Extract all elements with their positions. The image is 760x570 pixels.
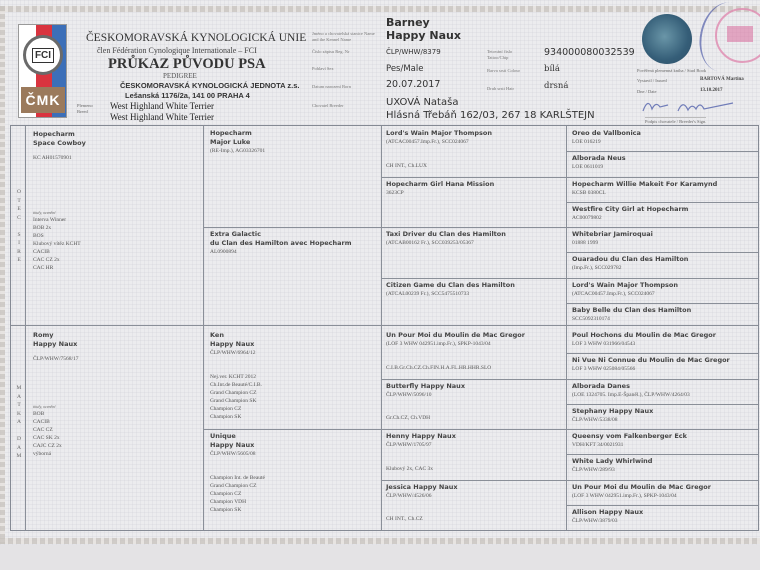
reg-number: ČLP/WHW/8379: [386, 48, 441, 56]
grandparent-cell: HopecharmMajor Luke(RE-Imp.), AG03326701: [210, 129, 378, 155]
sire-reg: KC AH01570901: [33, 154, 198, 162]
title-item: Nej.ver. KCHT 2012: [210, 373, 378, 381]
row-divider: [566, 202, 758, 203]
ggg-name: Alborada Danes: [572, 382, 756, 391]
great-great-grandparent-cell: Queensy vom Falkenberger EckVDH/KFT 34/0…: [572, 432, 756, 449]
title-item: CACIB: [33, 248, 198, 256]
title-item: Champion CZ: [210, 490, 378, 498]
title-item: Champion VDH: [210, 498, 378, 506]
name-label: Jméno a chovatelská stanice Name and the…: [312, 31, 382, 42]
side-letter: [13, 222, 25, 231]
title-item: BOB 2x: [33, 224, 198, 232]
side-letter: A: [13, 444, 25, 453]
great-grandparent-titles: Klubový 2x, CAC 3x: [386, 465, 433, 473]
organization-name: ČESKOMORAVSKÁ KYNOLOGICKÁ UNIE: [86, 32, 306, 44]
scan-margin: [0, 545, 760, 570]
great-grandparent-name: Henny Happy Naux: [386, 432, 564, 441]
ggg-name: Stephany Happy Naux: [572, 407, 756, 416]
sex-label: Pohlaví Sex: [312, 66, 382, 72]
great-grandparent-cell: Citizen Game du Clan des Hamilton(ATCAL0…: [386, 281, 564, 328]
ggg-name: Un Pour Moi du Moulin de Mac Gregor: [572, 483, 756, 492]
document-subtitle: PEDIGREE: [163, 72, 197, 80]
date-label: Dne / Date: [637, 89, 657, 94]
ggg-reg: ČLP/WHW/3879/03: [572, 517, 756, 525]
great-grandparent-titles: C.I.B.Gr.Ch.CZ.Ch.FIN.H.A.FL.HR.HHR.SLO: [386, 364, 491, 372]
fci-membership: člen Fédération Cynologique Internationa…: [97, 46, 257, 55]
great-great-grandparent-cell: White Lady WhirlwindČLP/WHW/289/93: [572, 457, 756, 474]
row-divider: [566, 227, 758, 228]
great-grandparent-reg: ČLP/WHW/5096/10: [386, 391, 564, 399]
title-item: CAC HR: [33, 264, 198, 272]
hair-value: drsná: [544, 81, 568, 91]
great-great-grandparent-cell: Alborada Danes(LOE 1324705. Imp.E-Španěl…: [572, 382, 756, 399]
chip-value: 934000080032539: [544, 47, 635, 58]
great-great-grandparent-cell: Allison Happy NauxČLP/WHW/3879/03: [572, 508, 756, 525]
great-grandparent-cell: Butterfly Happy NauxČLP/WHW/5096/10Gr.Ch…: [386, 382, 564, 429]
ggg-name: Hopecharm Willie Makeit For Karamynd: [572, 180, 756, 189]
side-letter: D: [13, 435, 25, 444]
hair-label: Druh srsti Hair: [487, 86, 527, 92]
ggg-name: Poul Hochons du Moulin de Mac Gregor: [572, 331, 756, 340]
title-item: CACIB: [33, 418, 198, 426]
ggg-reg: (LOE 1324705. Imp.E-Španěl.), ČLP/WHW/42…: [572, 391, 756, 399]
great-grandparent-name: Un Pour Moi du Moulin de Mac Gregor: [386, 331, 564, 340]
grandparent-reg: (RE-Imp.), AG03326701: [210, 147, 378, 155]
grandparent-titles: Champion Int. de BeautéGrand Champion CZ…: [210, 474, 378, 514]
ggg-name: Oreo de Vallbonica: [572, 129, 756, 138]
ggg-reg: AC00079802: [572, 214, 756, 222]
document-title: PRŮKAZ PŮVODU PSA: [108, 56, 266, 73]
great-grandparent-name: Lord's Wain Major Thompson: [386, 129, 564, 138]
dam-titles: BOBCACIBCAC CZCAC SK 2xCAJC CZ 2xvýborná: [33, 410, 198, 458]
sire-cell: Hopecharm Space Cowboy KC AH01570901 tit…: [33, 130, 198, 272]
club-address: Lešanská 1176/2a, 141 00 PRAHA 4: [125, 91, 250, 100]
side-letter: T: [13, 197, 25, 206]
title-item: BOS: [33, 232, 198, 240]
great-grandparent-name: Hopecharm Girl Hana Mission: [386, 180, 564, 189]
side-letter: K: [13, 410, 25, 419]
ggg-reg: (LOF 3 WHW 042951.imp.Fr.), SPKP-1043/04: [572, 492, 756, 500]
sire-titles: Interva WinnerBOB 2xBOSKlubový vítěz KCH…: [33, 216, 198, 272]
ggg-reg: ČLP/WHW/289/93: [572, 466, 756, 474]
row-divider: [566, 252, 758, 253]
ggg-name: White Lady Whirlwind: [572, 457, 756, 466]
sire-name-line2: Space Cowboy: [33, 139, 198, 148]
issued-by: BARTOVÁ Martina: [700, 77, 744, 82]
side-letter: I: [13, 239, 25, 248]
title-item: Ch.Int.de Beauté/C.I.B.: [210, 381, 378, 389]
side-letter: T: [13, 401, 25, 410]
dam-name-line2: Happy Naux: [33, 340, 198, 349]
grandparent-name-line2: du Clan des Hamilton avec Hopecharm: [210, 239, 378, 248]
ggg-name: Whitebriar Jamiroquai: [572, 230, 756, 239]
stud-book-label: Pověřená plemenná kniha / Stud Book: [637, 68, 706, 73]
sire-titles-heading: tituly, ocenění: [33, 209, 198, 216]
great-grandparent-titles: CH INT., Ch.CZ: [386, 515, 423, 523]
row-divider: [203, 227, 381, 228]
title-item: CAC SK 2x: [33, 434, 198, 442]
sire-side-label: OTEC SIRE: [13, 188, 25, 265]
ggg-name: Baby Belle du Clan des Hamilton: [572, 306, 756, 315]
great-great-grandparent-cell: Ouaradou du Clan des Hamilton(Imp.Fr.), …: [572, 255, 756, 272]
ggg-reg: ČLP/WHW/5338/08: [572, 416, 756, 424]
row-divider: [566, 353, 758, 354]
great-grandparent-reg: (ATCAL00239 Fr.), SCC5475510733: [386, 290, 564, 298]
great-grandparent-titles: Gr.Ch.CZ, Ch.VDH: [386, 414, 430, 422]
dam-reg: ČLP/WHW/7568/17: [33, 355, 198, 363]
great-grandparent-reg: ČLP/WHW/1705/97: [386, 441, 564, 449]
title-item: Grand Champion CZ: [210, 482, 378, 490]
title-item: výborná: [33, 450, 198, 458]
grandparent-name-line1: Extra Galactic: [210, 230, 378, 239]
fci-emblem-icon: FCI: [23, 35, 63, 75]
chip-label: Tetování čislo Tattoo/Chip: [487, 49, 527, 60]
great-great-grandparent-cell: Poul Hochons du Moulin de Mac GregorLOF …: [572, 331, 756, 348]
grandparent-reg: ČLP/WHW/5605/08: [210, 450, 378, 458]
side-letter: E: [13, 256, 25, 265]
title-item: Champion Int. de Beauté: [210, 474, 378, 482]
side-letter: C: [13, 214, 25, 223]
great-great-grandparent-cell: Alborada NeusLOE 0611019: [572, 154, 756, 171]
breeder-signature-icon: [638, 95, 738, 115]
row-divider: [566, 278, 758, 279]
ggg-name: Lord's Wain Major Thompson: [572, 281, 756, 290]
great-grandparent-cell: Taxi Driver du Clan des Hamilton(ATCAB00…: [386, 230, 564, 277]
colour-value: bílá: [544, 64, 560, 74]
great-grandparent-cell: Hopecharm Girl Hana Mission3623CP: [386, 180, 564, 227]
great-grandparent-name: Citizen Game du Clan des Hamilton: [386, 281, 564, 290]
row-divider: [566, 379, 758, 380]
great-grandparent-reg: (ATCAC00457.Imp.Fr.), SCC024067: [386, 138, 564, 146]
title-item: Grand Champion CZ: [210, 389, 378, 397]
row-divider: [381, 177, 566, 178]
colour-label: Barva srsti Colour: [487, 68, 527, 74]
great-great-grandparent-cell: Oreo de VallbonicaLOE 016219: [572, 129, 756, 146]
grandparent-titles: Nej.ver. KCHT 2012Ch.Int.de Beauté/C.I.B…: [210, 373, 378, 421]
decorative-border-top: [0, 6, 760, 12]
great-great-grandparent-cell: Ni Vue Ni Connue du Moulin de Mac Gregor…: [572, 356, 756, 373]
row-divider: [566, 454, 758, 455]
sex-value: Pes/Male: [386, 64, 423, 74]
ggg-reg: VDH/KFT 34/0021931: [572, 441, 756, 449]
side-letter: M: [13, 452, 25, 461]
row-divider: [566, 303, 758, 304]
title-item: CAJC CZ 2x: [33, 442, 198, 450]
title-item: Klubový vítěz KCHT: [33, 240, 198, 248]
ggg-name: Alborada Neus: [572, 154, 756, 163]
side-letter: R: [13, 248, 25, 257]
great-grandparent-name: Butterfly Happy Naux: [386, 382, 564, 391]
side-letter: S: [13, 231, 25, 240]
grandparent-reg: AL0900894: [210, 248, 378, 256]
breeder-address: Hlásná Třebáň 162/03, 267 18 KARLŠTEJN: [386, 110, 595, 121]
born-value: 20.07.2017: [386, 79, 440, 90]
signature-caption: Podpis chovatele / Breeder's Sign.: [645, 117, 706, 124]
side-letter: A: [13, 418, 25, 427]
ggg-reg: LOE 0611019: [572, 163, 756, 171]
grandparent-name-line1: Hopecharm: [210, 129, 378, 138]
breed-label: Plemeno Breed: [77, 103, 99, 115]
ggg-name: Ouaradou du Clan des Hamilton: [572, 255, 756, 264]
dam-titles-heading: tituly, ocenění: [33, 403, 198, 410]
title-item: Champion CZ: [210, 405, 378, 413]
born-label: Datum narození Born: [312, 84, 382, 90]
ggg-reg: SCC5092310174: [572, 315, 756, 323]
issue-date: 13.10.2017: [700, 88, 723, 93]
side-letter: M: [13, 384, 25, 393]
dam-name-line1: Romy: [33, 331, 198, 340]
dog-name-line1: Barney: [386, 16, 430, 29]
great-grandparent-cell: Jessica Happy NauxČLP/WHW/4526/06CH INT.…: [386, 483, 564, 530]
title-item: CAC CZ: [33, 426, 198, 434]
side-letter: E: [13, 205, 25, 214]
row-divider: [381, 480, 566, 481]
great-great-grandparent-cell: Whitebriar Jamiroquai01888 1999: [572, 230, 756, 247]
ggg-name: Allison Happy Naux: [572, 508, 756, 517]
decorative-border-bottom: [0, 538, 760, 544]
row-divider: [381, 379, 566, 380]
grandparent-cell: Extra Galacticdu Clan des Hamilton avec …: [210, 230, 378, 256]
ggg-reg: LOF 3 WHW 025084/05566: [572, 365, 756, 373]
ggg-reg: LOF 3 WHW 031966/04543: [572, 340, 756, 348]
grandparent-name-line2: Happy Naux: [210, 441, 378, 450]
dog-name-line2: Happy Naux: [386, 29, 461, 42]
great-great-grandparent-cell: Un Pour Moi du Moulin de Mac Gregor(LOF …: [572, 483, 756, 500]
row-divider: [566, 177, 758, 178]
great-grandparent-name: Jessica Happy Naux: [386, 483, 564, 492]
row-divider: [566, 505, 758, 506]
row-divider: [566, 404, 758, 405]
row-divider: [381, 227, 566, 228]
ggg-name: Queensy vom Falkenberger Eck: [572, 432, 756, 441]
row-divider: [566, 429, 758, 430]
issued-label: Vystavil / Issued: [637, 78, 667, 83]
ggg-reg: LOE 016219: [572, 138, 756, 146]
great-great-grandparent-cell: Westfire City Girl at HopecharmAC0007980…: [572, 205, 756, 222]
ggg-reg: (Imp.Fr.), SCC029782: [572, 264, 756, 272]
dam-cell: Romy Happy Naux ČLP/WHW/7568/17 tituly, …: [33, 331, 198, 458]
ggg-reg: 01888 1999: [572, 239, 756, 247]
grandparent-name-line1: Unique: [210, 432, 378, 441]
row-divider: [203, 429, 381, 430]
pedigree-certificate: FCI ČMK ČESKOMORAVSKÁ KYNOLOGICKÁ UNIE č…: [0, 0, 760, 545]
great-great-grandparent-cell: Lord's Wain Major Thompson(ATCAC00457.Im…: [572, 281, 756, 298]
great-grandparent-reg: (ATCAB00162 Fr.), SCC039253/05367: [386, 239, 564, 247]
row-divider: [566, 480, 758, 481]
breed-english: West Highland White Terrier: [110, 112, 214, 122]
cmk-emblem-icon: ČMK: [21, 87, 65, 113]
ggg-name: Westfire City Girl at Hopecharm: [572, 205, 756, 214]
grandparent-name-line1: Ken: [210, 331, 378, 340]
title-item: Champion SK: [210, 506, 378, 514]
great-grandparent-reg: (LOF 3 WHW 042951.imp.Fr.), SPKP-1043/04: [386, 340, 564, 348]
side-letter: A: [13, 393, 25, 402]
title-item: BOB: [33, 410, 198, 418]
grandparent-name-line2: Major Luke: [210, 138, 378, 147]
title-item: Grand Champion SK: [210, 397, 378, 405]
grandparent-name-line2: Happy Naux: [210, 340, 378, 349]
great-great-grandparent-cell: Hopecharm Willie Makeit For KaramyndKCSB…: [572, 180, 756, 197]
breed-czech: West Highland White Terrier: [110, 101, 214, 111]
hologram-seal-icon: [642, 14, 692, 64]
grandparent-cell: UniqueHappy NauxČLP/WHW/5605/08Champion …: [210, 432, 378, 514]
sire-name-line1: Hopecharm: [33, 130, 198, 139]
great-grandparent-reg: 3623CP: [386, 189, 564, 197]
pedigree-table: OTEC SIRE MATKA DAM Hopecharm Space Cowb…: [10, 125, 759, 531]
side-letter: [13, 427, 25, 436]
great-grandparent-name: Taxi Driver du Clan des Hamilton: [386, 230, 564, 239]
side-letter: O: [13, 188, 25, 197]
breeder-label: Chovatel Breeder: [312, 103, 382, 109]
great-grandparent-titles: CH INT., Ch.LUX: [386, 162, 427, 170]
ggg-reg: KCSB 0380CL: [572, 189, 756, 197]
grandparent-cell: KenHappy NauxČLP/WHW/6964/12Nej.ver. KCH…: [210, 331, 378, 421]
great-great-grandparent-cell: Baby Belle du Clan des HamiltonSCC509231…: [572, 306, 756, 323]
ggg-name: Ni Vue Ni Connue du Moulin de Mac Gregor: [572, 356, 756, 365]
great-grandparent-cell: Henny Happy NauxČLP/WHW/1705/97Klubový 2…: [386, 432, 564, 479]
title-item: CAC CZ 2x: [33, 256, 198, 264]
great-grandparent-reg: ČLP/WHW/4526/06: [386, 492, 564, 500]
decorative-border-left: [0, 6, 5, 544]
great-great-grandparent-cell: Stephany Happy NauxČLP/WHW/5338/08: [572, 407, 756, 424]
title-item: Interva Winner: [33, 216, 198, 224]
reg-label: Číslo zápisu Reg. Nr: [312, 49, 382, 55]
breeder-name: UXOVÁ Nataša: [386, 97, 458, 108]
row-divider: [381, 278, 566, 279]
dam-side-label: MATKA DAM: [13, 384, 25, 461]
row-divider: [566, 151, 758, 152]
club-name: ČESKOMORAVSKÁ KYNOLOGICKÁ JEDNOTA z.s.: [120, 81, 299, 90]
grandparent-reg: ČLP/WHW/6964/12: [210, 349, 378, 357]
great-grandparent-cell: Lord's Wain Major Thompson(ATCAC00457.Im…: [386, 129, 564, 176]
row-divider: [381, 429, 566, 430]
title-item: Champion SK: [210, 413, 378, 421]
cmku-logo: FCI ČMK: [18, 24, 67, 118]
great-grandparent-cell: Un Pour Moi du Moulin de Mac Gregor(LOF …: [386, 331, 564, 378]
ggg-reg: (ATCAC00457.Imp.Fr.), SCC024067: [572, 290, 756, 298]
